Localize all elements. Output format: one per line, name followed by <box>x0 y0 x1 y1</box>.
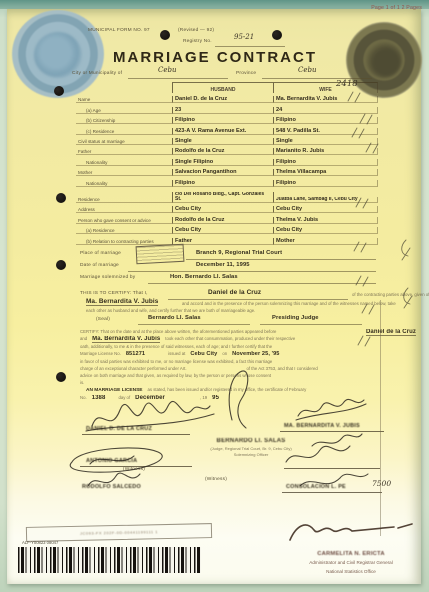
husband-column-header: HUSBAND <box>172 82 274 93</box>
certify1-lead: THIS IS TO CERTIFY: That I, <box>80 291 148 296</box>
table-row: NationalitySingle FilipinoFilipino <box>76 155 378 165</box>
barcode <box>18 547 201 573</box>
solemnized-by-value: Hon. Bernardo Ll. Salas <box>170 274 238 280</box>
date-of-marriage-value: December 11, 1995 <box>196 262 250 268</box>
witness1-name: ANTONIO GARCIA <box>86 458 137 464</box>
rule <box>168 298 348 300</box>
place-of-marriage-value: Branch 9, Regional Trial Court <box>196 250 282 256</box>
license-year: 95 <box>212 395 219 401</box>
registrar-office: National Statistics Office <box>286 569 416 574</box>
solemnized-by-label: Marriage solemnized by <box>80 275 135 280</box>
notary-seal-right-center <box>366 42 402 78</box>
date-of-marriage-label: Date of marriage <box>80 263 119 268</box>
rule <box>186 258 376 260</box>
witness-label: (Witness) <box>186 477 246 482</box>
officiant-court-line: (Judge, Regional Trial Court, Br. 9, Ceb… <box>178 446 324 451</box>
rule <box>280 430 384 432</box>
table-row: NameDaniel D. de la CruzMa. Bernardita V… <box>76 93 378 103</box>
seal-label: (Seal) <box>96 317 110 322</box>
husband-signature-name: DANIEL D. DE LA CRUZ <box>86 426 152 432</box>
form-number: MUNICIPAL FORM NO. 97 <box>88 28 150 33</box>
punch-dot <box>272 30 282 40</box>
table-row: (b) Relation to contracting partiesFathe… <box>76 234 378 244</box>
certify1-tail1: of the contracting parties above, given … <box>352 292 429 297</box>
rule <box>82 433 190 435</box>
license-number-line: Marriage License No. 851271 issued at Ce… <box>80 351 280 357</box>
certify2-line8: is. <box>80 380 84 385</box>
license-issuance-line2: No. 1388 day of December , 19 95 <box>80 395 219 401</box>
rule <box>284 467 380 469</box>
page-note: Page 1 of 1 2 Pages <box>322 5 422 11</box>
table-row: (a) ResidenceCebu CityCebu City <box>76 224 378 234</box>
province-value: Cebu <box>298 66 317 74</box>
registrar-name: CARMELITA N. ERICTA <box>286 551 416 557</box>
stamp-box <box>136 244 185 264</box>
verification-stamp-text: JC093-FX 202F-0D-00441199111 1 <box>80 529 158 536</box>
locality-value: Cebu <box>158 66 177 74</box>
document-title: MARRIAGE CONTRACT <box>104 49 326 66</box>
rule <box>260 323 362 325</box>
rule <box>128 270 376 272</box>
witness3-name: CONSOLACION L. PE <box>286 484 346 490</box>
table-row: (c) Residence423-A V. Rama Avenue Ext.54… <box>76 124 378 134</box>
certify2-line3: oath, additionally, to me & in the prese… <box>80 344 272 349</box>
witness-label: (Witness) <box>104 467 164 472</box>
table-header-row: HUSBAND WIFE <box>76 79 378 93</box>
serial-number: ALF-Y00823 08047 <box>22 540 58 545</box>
table-row: (a) Age2324 <box>76 103 378 113</box>
punch-dot <box>56 372 66 382</box>
officiant-signature-name: BERNARDO Ll. SALAS <box>186 438 316 444</box>
certify2-line7: advice on both marriage and that given, … <box>80 373 271 378</box>
rule <box>215 45 285 47</box>
officiant-name-typed: Bernardo Ll. Salas <box>148 315 201 321</box>
rule <box>148 282 376 284</box>
license-book-number: 1388 <box>92 395 106 401</box>
locality-label: City or Municipality of <box>72 71 122 76</box>
certify2-line1: CERTIFY: That on the date and at the pla… <box>80 329 416 336</box>
punch-dot <box>160 30 170 40</box>
wife-signature-name: MA. BERNARDITA V. JUBIS <box>284 423 360 429</box>
table-row: MotherSalvacion PangantihonThelma Villac… <box>76 166 378 176</box>
license-issuance-line: AN MARRIAGE LICENSE as stated, has been … <box>86 387 306 393</box>
place-of-marriage-label: Place of marriage <box>80 251 121 256</box>
certify1-party1: Daniel de la Cruz <box>208 289 261 296</box>
punch-dot <box>56 193 66 203</box>
parties-table: HUSBAND WIFE NameDaniel D. de la CruzMa.… <box>76 79 378 245</box>
table-row: Person who gave consent or adviceRodolfo… <box>76 213 378 223</box>
table-row: Residencec/o Del Rosario Bldg., Capt. Go… <box>76 187 378 204</box>
certify1-line3: each other as husband and wife, and cert… <box>86 308 255 313</box>
form-revision: (Revised — 92) <box>178 28 214 33</box>
certify2-line6: charge of an exceptional character perfo… <box>80 366 318 371</box>
officiant-title-typed: Presiding Judge <box>272 315 319 321</box>
registrar-title: Administrator and Civil Registrar Genera… <box>258 560 429 565</box>
table-row: (b) CitizenshipFilipinoFilipino <box>76 114 378 124</box>
license-issue-place: Cebu City <box>190 351 217 357</box>
certify2-line5: in favor of said parties was exhibited t… <box>80 359 272 364</box>
table-row: NationalityFilipinoFilipino <box>76 176 378 186</box>
handwritten-note: 7500 <box>372 479 391 488</box>
license-number: 851271 <box>126 351 145 357</box>
wife-column-header: WIFE <box>274 82 378 93</box>
punch-dot <box>54 86 64 96</box>
witness2-name: RODOLFO SALCEDO <box>82 484 141 490</box>
punch-dot <box>56 260 66 270</box>
certify2-line2: and Ma. Bernardita V. Jubis took each ot… <box>80 336 295 343</box>
registry-label: Registry No. <box>183 39 212 44</box>
rule <box>282 491 382 493</box>
certify2-party1: Daniel de la Cruz <box>366 329 416 336</box>
scanned-marriage-contract: Page 1 of 1 2 Pages MUNICIPAL FORM NO. 9… <box>0 0 429 592</box>
table-row: AddressCebu CityCebu City <box>76 203 378 213</box>
fold-line <box>380 300 381 536</box>
license-month: December <box>135 395 165 401</box>
officiant-role-line: Solemnizing Officer <box>186 452 316 457</box>
license-issue-date: November 25, '95 <box>232 351 279 357</box>
certify1-tail2: and accord and in the presence of the pe… <box>182 301 396 306</box>
table-row: FatherRodolfo de la CruzMarianito R. Jub… <box>76 145 378 155</box>
table-row: Civil status at marriageSingleSingle <box>76 135 378 145</box>
certify1-party2: Ma. Bernardita V. Jubis <box>86 298 158 306</box>
certify2-party2: Ma. Bernardita V. Jubis <box>92 336 160 343</box>
province-label: Province <box>236 71 256 76</box>
rule <box>138 323 250 325</box>
registry-number-handwritten: 95-21 <box>234 33 254 41</box>
